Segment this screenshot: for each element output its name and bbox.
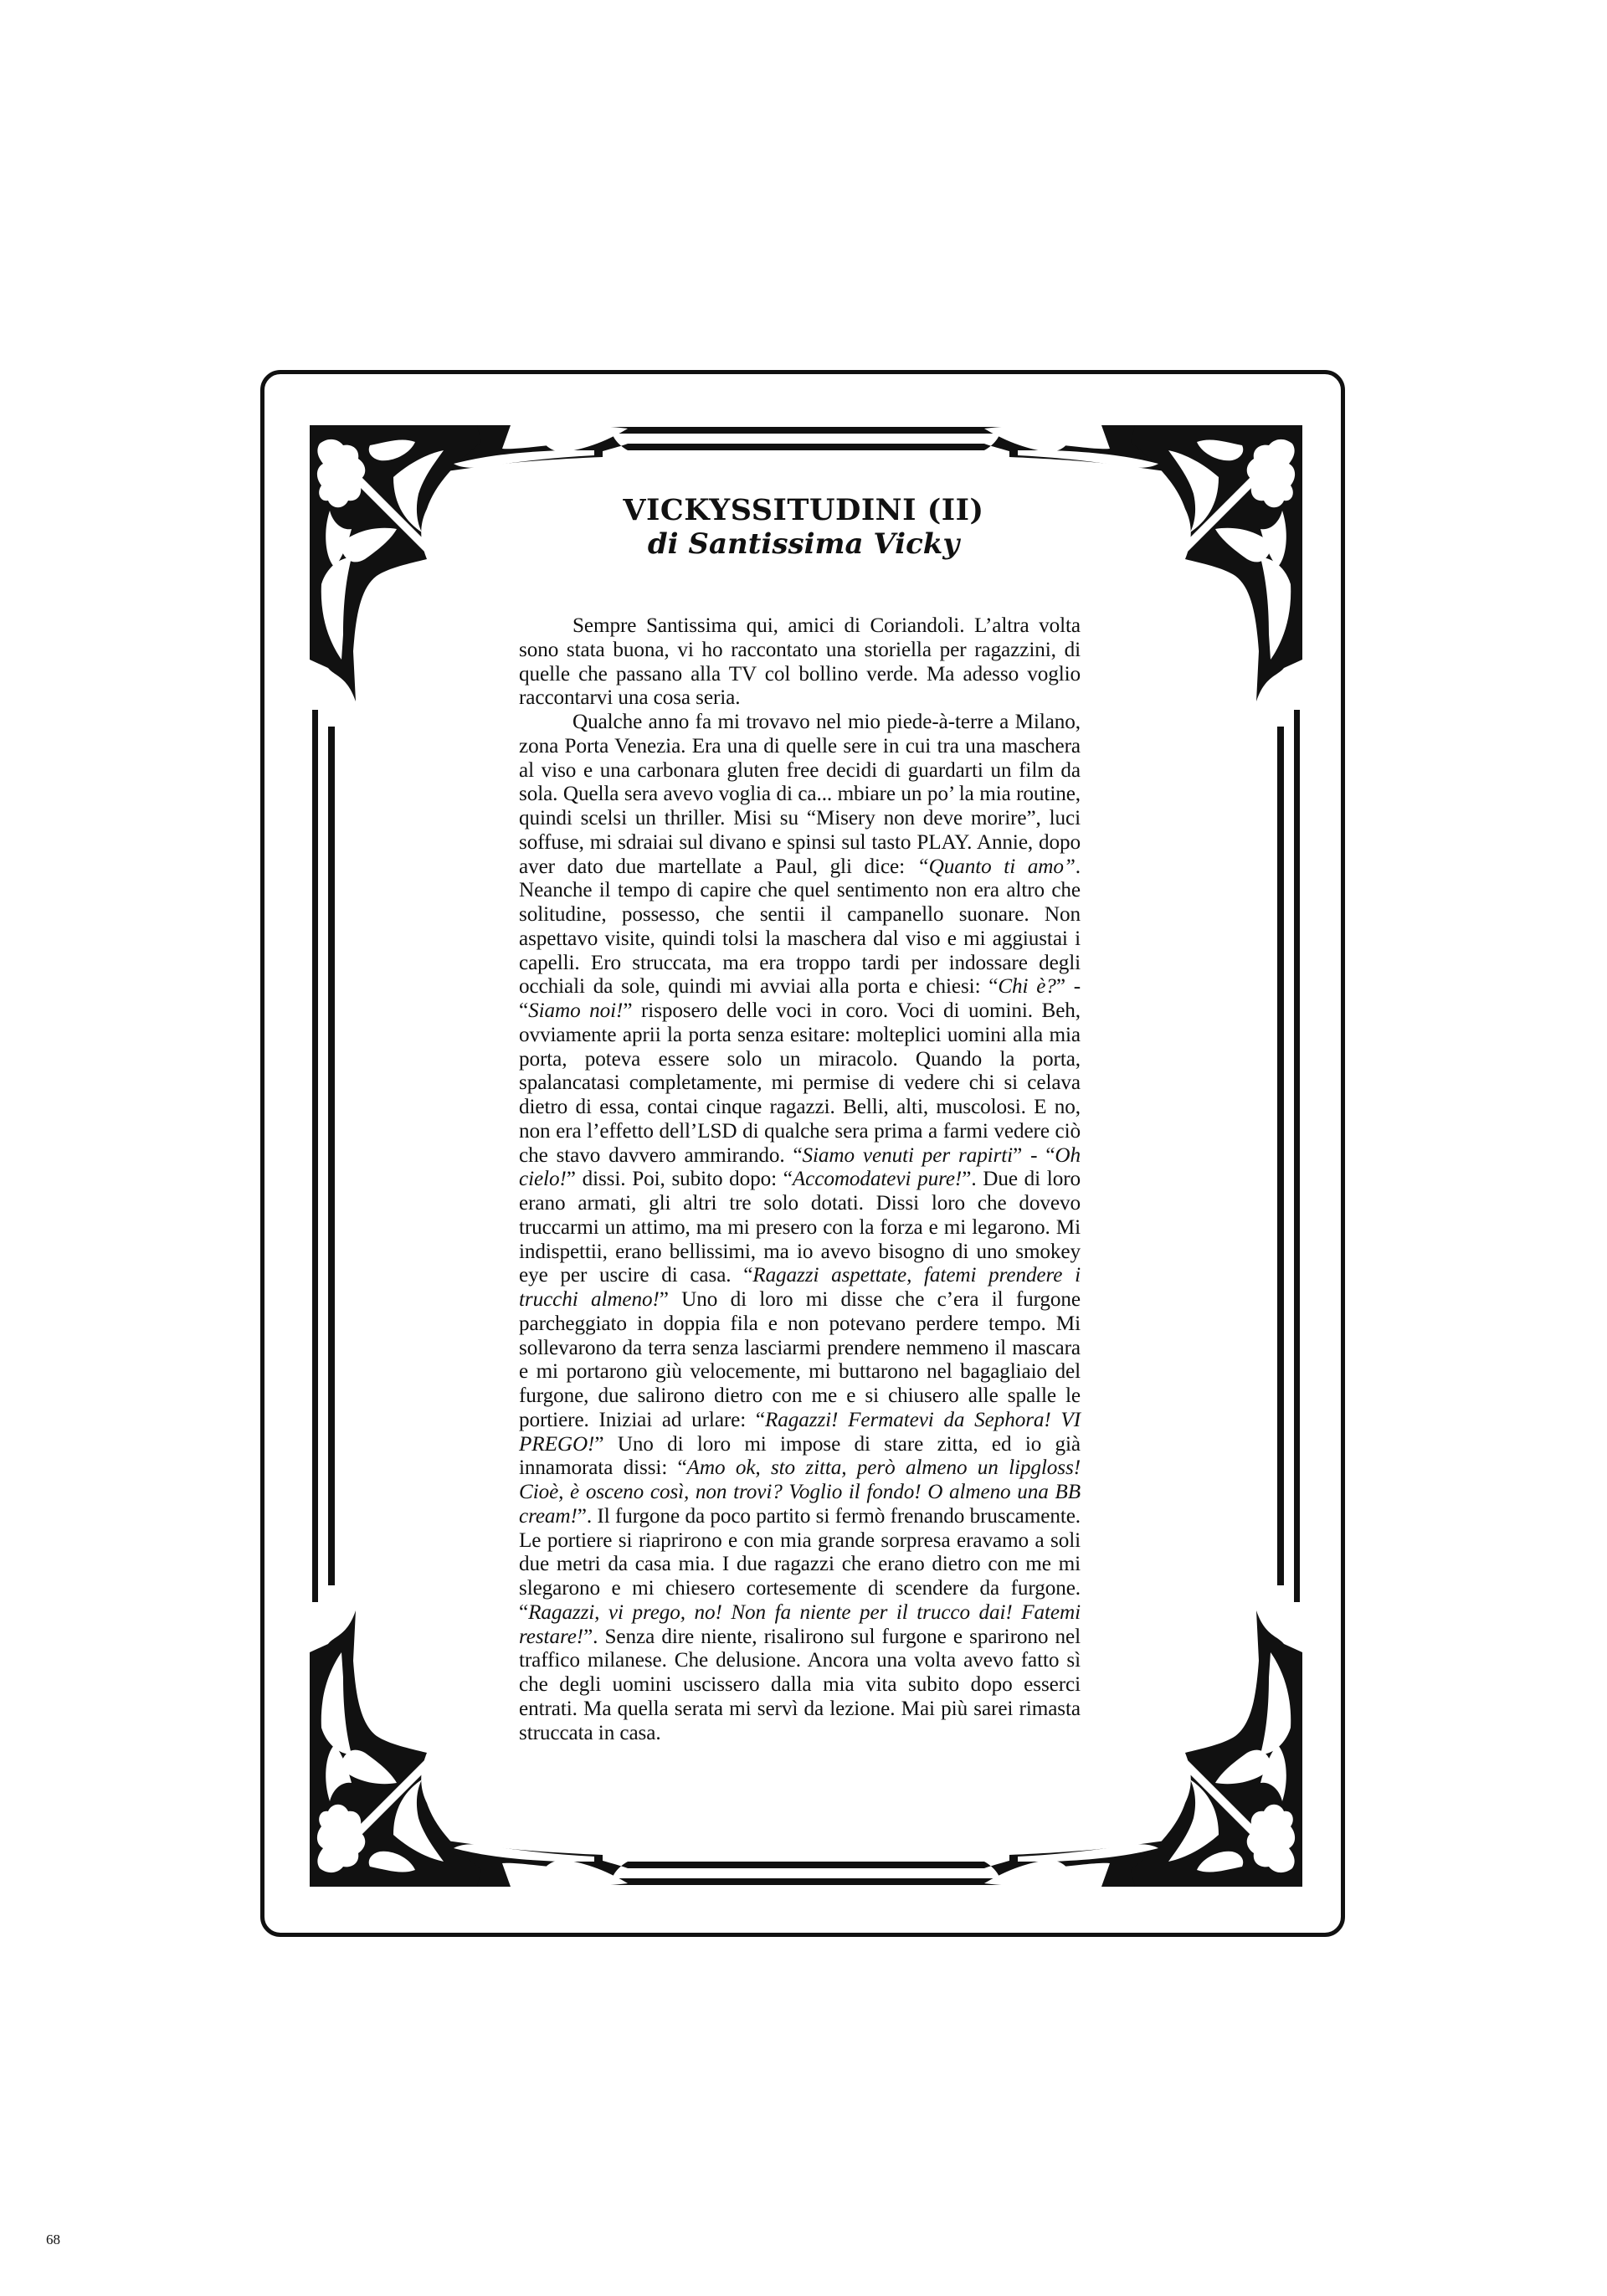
article-header: VICKYSSITUDINI (II) di Santissima Vicky (469, 494, 1138, 561)
article-body: Sempre Santissima qui, amici di Coriando… (519, 614, 1081, 1745)
quoted-speech: Siamo noi! (528, 999, 623, 1022)
quoted-speech: Chi è? (998, 975, 1055, 998)
paragraph-text: ”. Senza dire niente, risalirono sul fur… (519, 1626, 1081, 1744)
paragraph-text: ” - “ (1013, 1144, 1055, 1167)
article-title: VICKYSSITUDINI (II) (469, 494, 1138, 527)
paragraph-text: Sempre Santissima qui, amici di Coriando… (519, 614, 1081, 709)
page-number: 68 (46, 2232, 60, 2248)
article-paragraph: Qualche anno fa mi trovavo nel mio piede… (519, 711, 1081, 1745)
article-byline: di Santissima Vicky (469, 527, 1138, 561)
paragraph-text: ” dissi. Poi, subito dopo: “ (567, 1168, 793, 1190)
quoted-speech: Accomodatevi pure! (793, 1168, 962, 1190)
quoted-speech: Siamo venuti per rapirti (803, 1144, 1014, 1167)
paragraph-text: ” risposero delle voci in coro. Voci di … (519, 999, 1081, 1167)
paragraph-text: Qualche anno fa mi trovavo nel mio piede… (519, 711, 1081, 878)
quoted-speech: “Quanto ti amo” (917, 855, 1076, 878)
article-paragraph: Sempre Santissima qui, amici di Coriando… (519, 614, 1081, 711)
